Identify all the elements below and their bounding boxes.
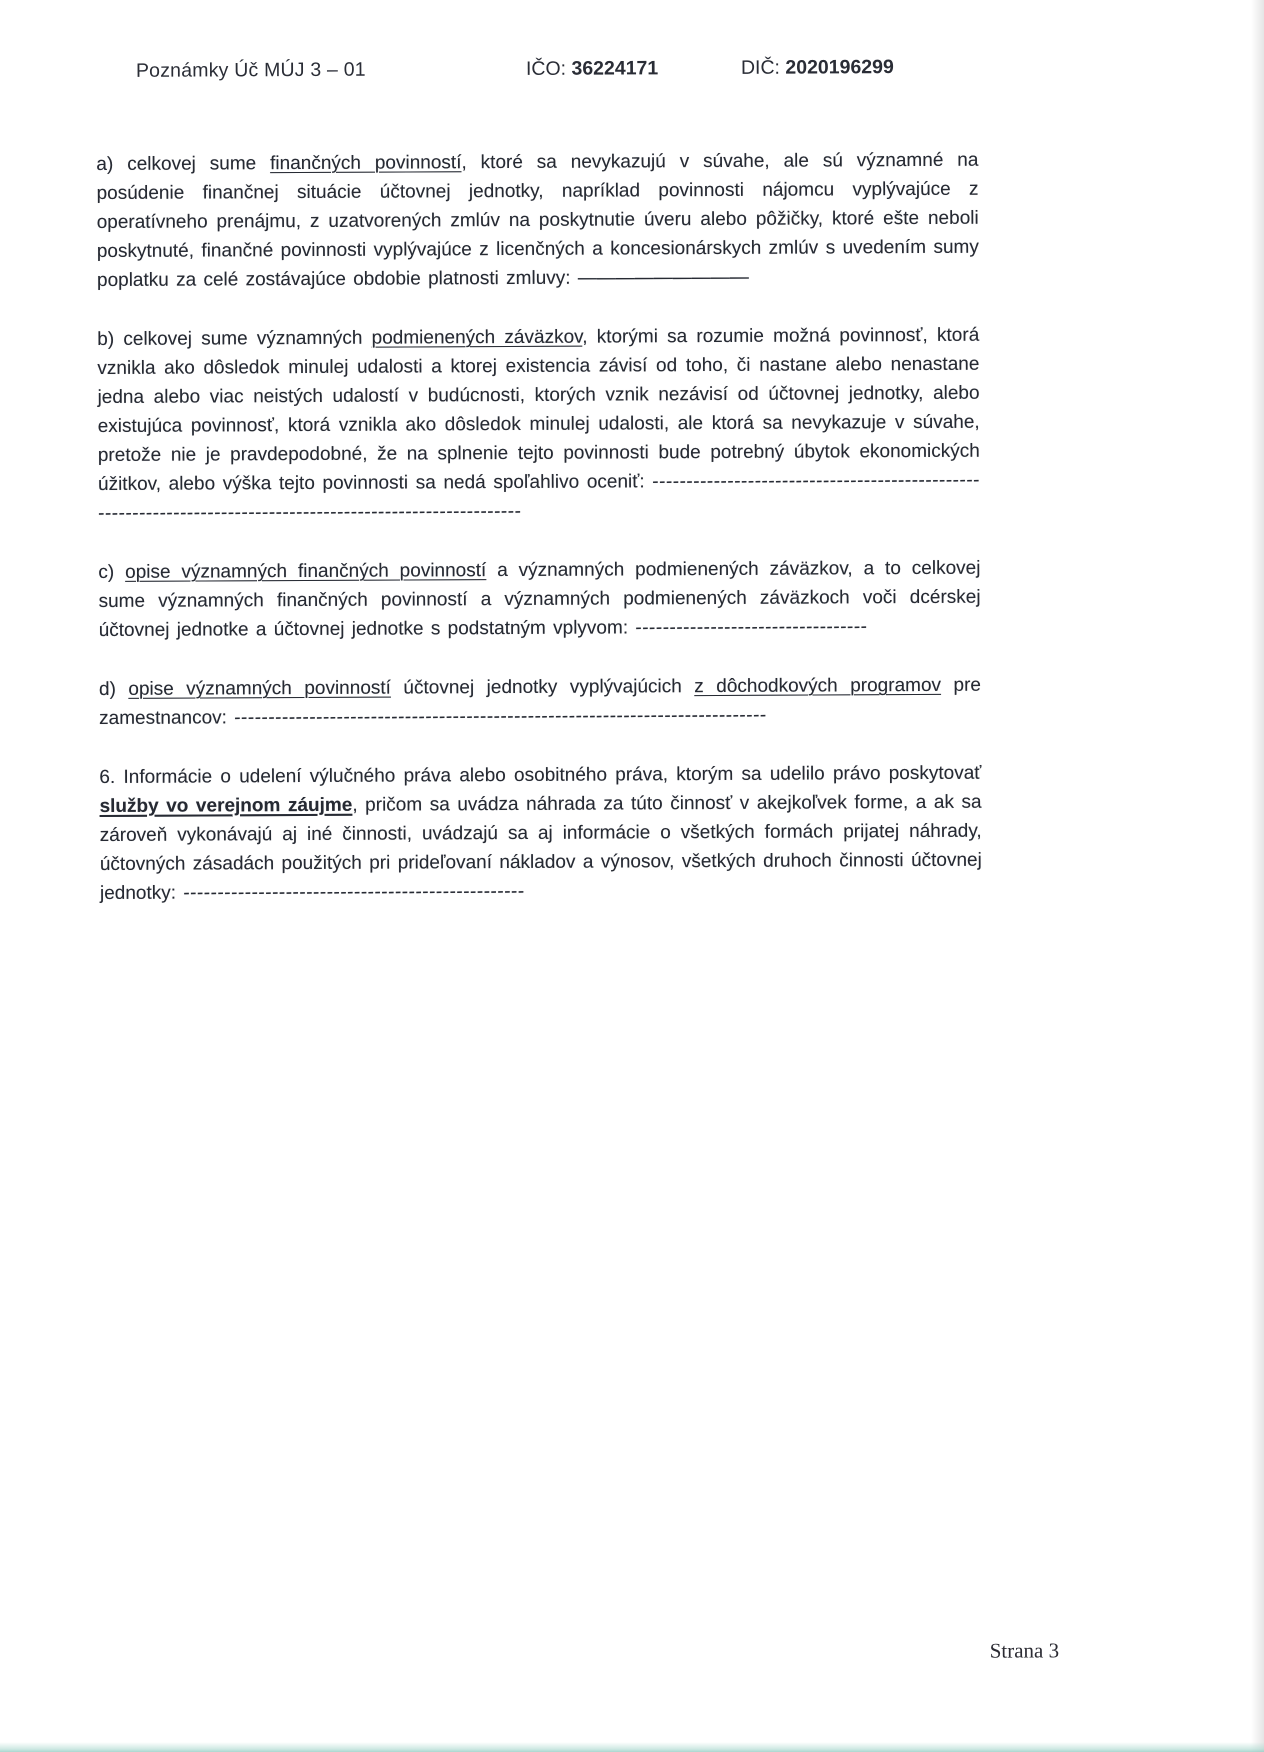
text-run: opise významných finančných povinností [125, 560, 486, 583]
dic-value: 2020196299 [785, 56, 894, 79]
ico-label: IČO: [526, 58, 566, 80]
text-run: podmienených záväzkov [372, 327, 583, 349]
paragraph-b: b) celkovej sume významných podmienených… [97, 321, 980, 528]
text-run: služby vo verejnom záujme [99, 795, 352, 817]
ico-value: 36224171 [571, 57, 658, 79]
scan-content: Poznámky Úč MÚJ 3 – 01 IČO: 36224171 DIČ… [0, 0, 1264, 1752]
page-number: Strana 3 [990, 1638, 1060, 1663]
dic-field: DIČ: 2020196299 [741, 56, 894, 80]
document-body: a) celkovej sume finančných povinností, … [96, 146, 982, 938]
scanned-document-page: Poznámky Úč MÚJ 3 – 01 IČO: 36224171 DIČ… [0, 0, 1264, 1752]
text-run: b) celkovej sume významných [97, 328, 371, 350]
text-run: finančných povinností [270, 152, 461, 174]
text-run: účtovnej jednotky vyplývajúcich [391, 676, 694, 698]
text-run: opise významných povinností [128, 678, 391, 700]
form-title: Poznámky Úč MÚJ 3 – 01 [136, 59, 366, 83]
dash-fill: ----------------------------------------… [183, 881, 524, 904]
ico-field: IČO: 36224171 [526, 57, 658, 81]
paragraph-6: 6. Informácie o udelení výlučného práva … [99, 759, 982, 908]
text-run: d) [99, 679, 128, 700]
paragraph-d: d) opise významných povinností účtovnej … [99, 671, 981, 733]
dic-label: DIČ: [741, 57, 780, 79]
paragraph-c: c) opise významných finančných povinnost… [98, 554, 980, 645]
text-run: z dôchodkových programov [694, 675, 941, 697]
text-run: 6. Informácie o udelení výlučného práva … [99, 763, 981, 788]
text-run: a) celkovej sume [96, 153, 270, 175]
dash-fill: ————————— [578, 267, 749, 289]
dash-fill: ----------------------------------------… [234, 705, 767, 729]
text-run: c) [98, 562, 125, 583]
dash-fill: ---------------------------------- [635, 616, 867, 638]
paragraph-a: a) celkovej sume finančných povinností, … [96, 146, 979, 295]
